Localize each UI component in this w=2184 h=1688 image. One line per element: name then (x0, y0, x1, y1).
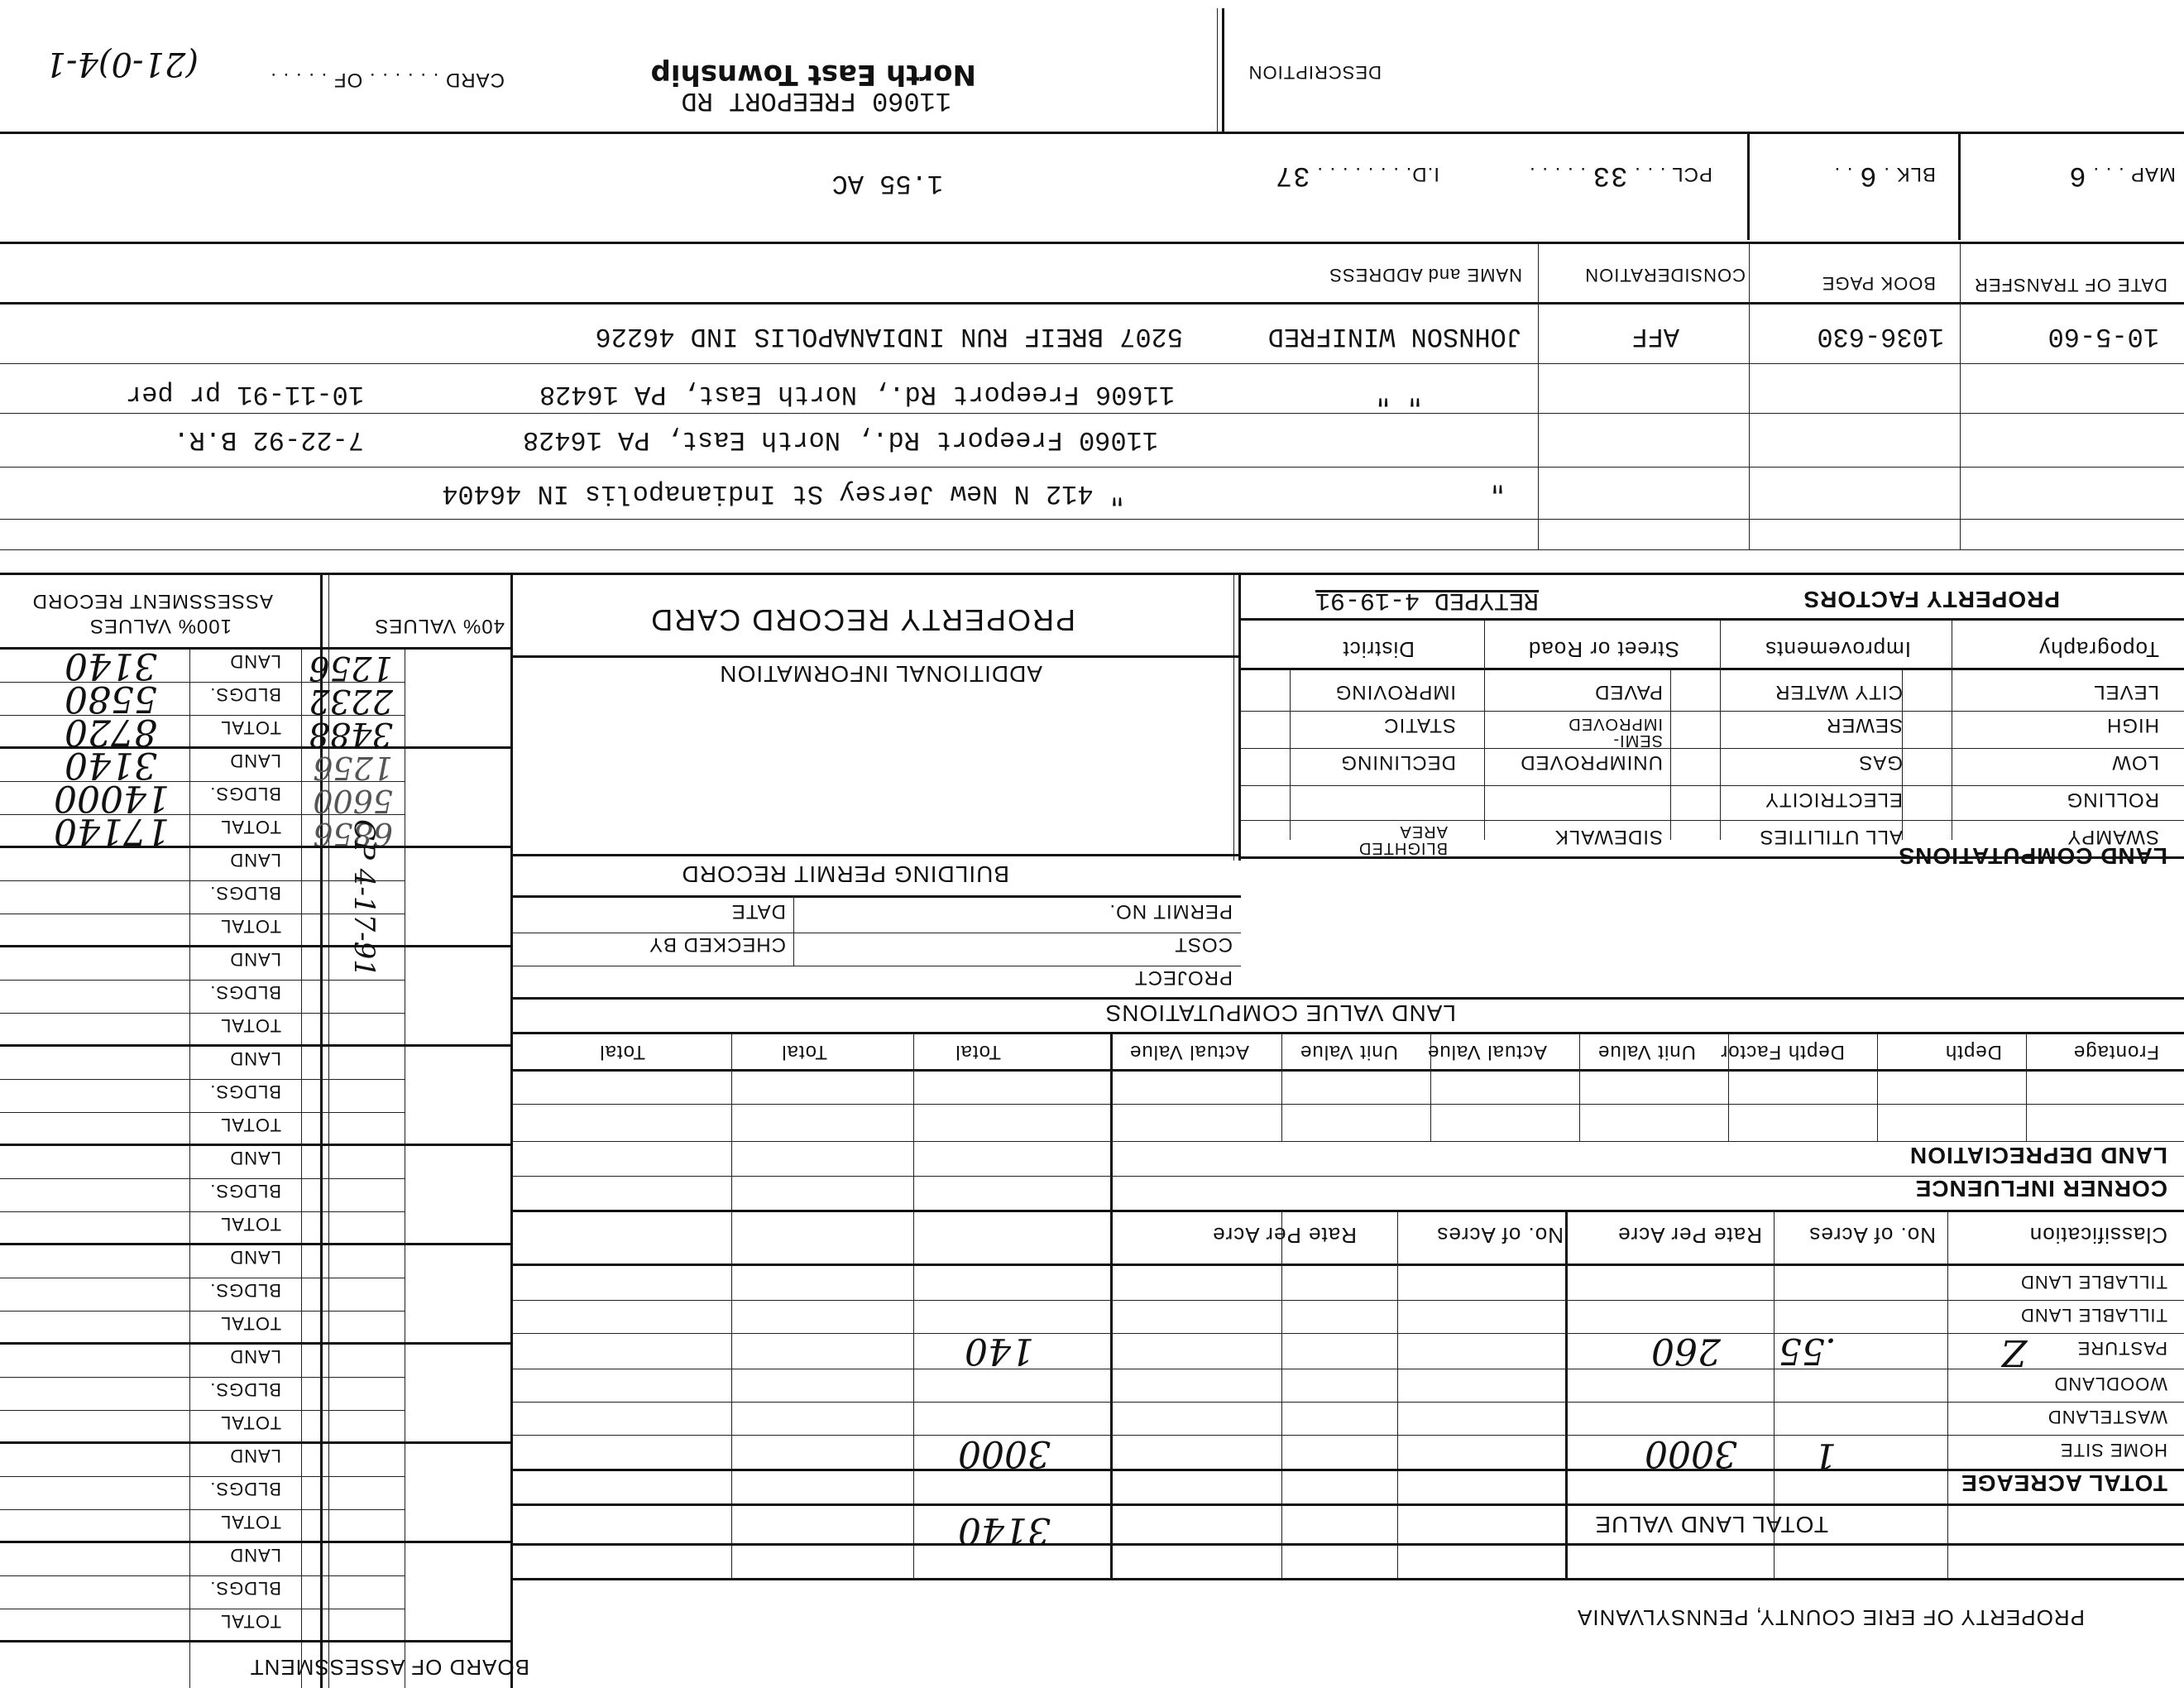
file-note: (21-0)4-1 (45, 45, 199, 83)
col-40-label: 40% VALUES (374, 614, 505, 637)
retyped-note: RETYPED 4-19-91 (1315, 586, 1539, 614)
assessment-title: ASSESSMENT RECORD (32, 589, 273, 612)
land-depreciation-label: LAND DEPRECIATION (1909, 1142, 2167, 1168)
county-owner: PROPERTY OF ERIE COUNTY, PENNSYLVANIA (1577, 1604, 2085, 1630)
land-value-computations-title: LAND VALUE COMPUTATIONS (1105, 1000, 1456, 1026)
header-consideration: CONSIDERATION (1584, 264, 1746, 285)
header-name-address: NAME and ADDRESS (1329, 264, 1522, 285)
permit-cost-label: COST (1174, 933, 1233, 956)
col-district: District (1343, 636, 1415, 662)
col-improvements: Improvements (1765, 636, 1911, 662)
permit-date-label: DATE (731, 899, 786, 923)
description-value: 11060 FREEPORT RD (682, 85, 951, 116)
card-label: CARD . . . . . . OF . . . . . (270, 68, 505, 91)
total-acreage-label: TOTAL ACREAGE (1961, 1470, 2167, 1496)
header-date-transfer: DATE OF TRANSFER (1974, 276, 2167, 294)
checked-by-label: CHECKED BY (649, 933, 786, 956)
header-book-page: BOOK PAGE (1822, 272, 1936, 294)
id-field: I.D. . . . . . . . 37 (1275, 159, 1439, 190)
permit-no-label: PERMIT NO. (1109, 899, 1233, 923)
card-title: PROPERTY RECORD CARD (649, 602, 1075, 637)
col-street-road: Street or Road (1528, 636, 1679, 662)
corner-influence-label: CORNER INFLUENCE (1915, 1175, 2167, 1201)
land-computations-title: LAND COMPUTATIONS (1899, 842, 2168, 869)
acreage-value: 1.55 AC (832, 168, 943, 199)
property-record-card: CARD . . . . . . OF . . . . . North East… (0, 0, 2184, 1688)
map-field: MAP . . . 6 (2068, 159, 2176, 190)
revision-note: CP 4-17-91 (347, 819, 381, 977)
total-land-value-label: TOTAL LAND VALUE (1594, 1511, 1828, 1537)
property-factors-title: PROPERTY FACTORS (1803, 586, 2060, 612)
blk-field: BLK . 6 . . (1834, 159, 1936, 190)
board-name: BOARD OF ASSESSMENT (250, 1654, 529, 1680)
additional-info-title: ADDITIONAL INFORMATION (719, 660, 1042, 687)
building-permit-title: BUILDING PERMIT RECORD (682, 861, 1009, 887)
col-100-label: 100% VALUES (89, 614, 232, 637)
col-topography: Topography (2038, 636, 2159, 662)
description-label: DESCRIPTION (1248, 61, 1382, 83)
pcl-field: PCL . . . 33 . . . . . (1529, 159, 1712, 190)
project-label: PROJECT (1134, 966, 1233, 989)
